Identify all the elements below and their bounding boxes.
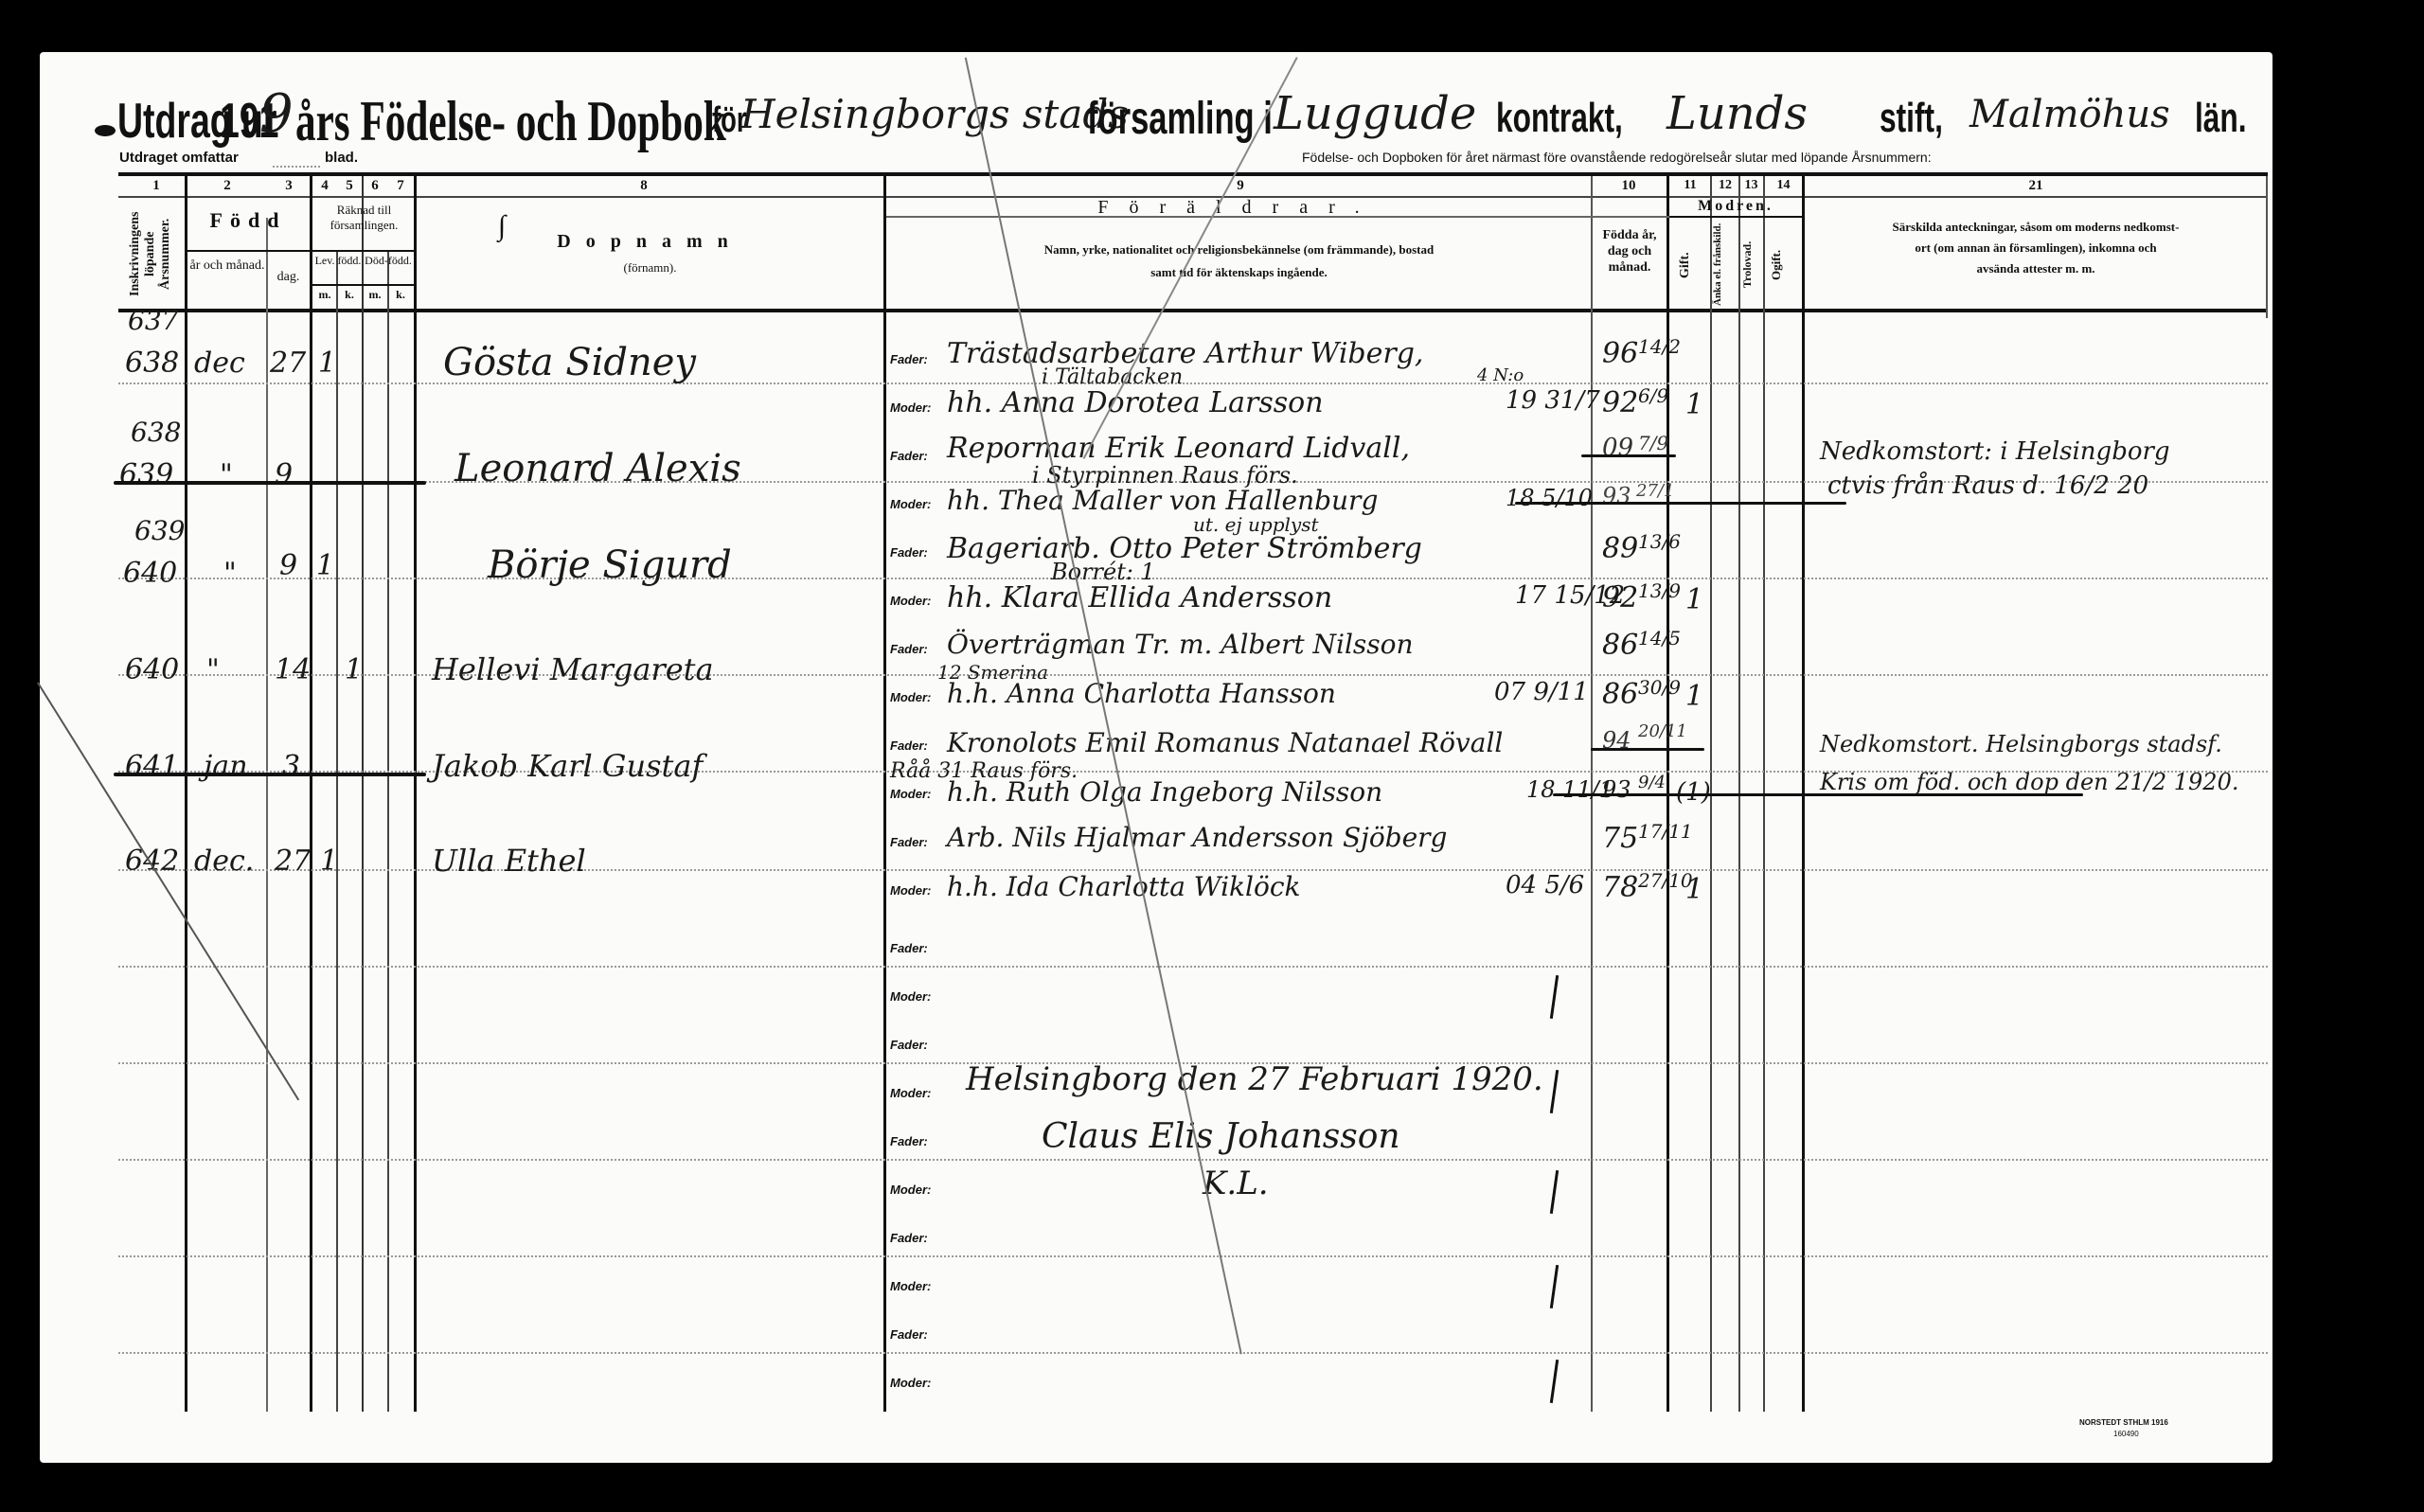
- row-guide: [118, 1352, 2268, 1354]
- entry-4-fader: Överträgman Tr. m. Albert Nilsson: [947, 629, 1414, 660]
- moder-label-9: Moder:: [890, 1183, 931, 1197]
- header-foraldrar: Föräldrar.: [886, 197, 1592, 219]
- entry-5-fader: Kronolots Emil Romanus Natanael Rövall: [947, 727, 1503, 758]
- header-anka: Änka el. frånskild.: [1712, 222, 1738, 307]
- col-rule-3: [310, 176, 312, 1412]
- entry-5-gift: (1): [1676, 778, 1711, 807]
- header-bottom-rule: [118, 309, 2268, 312]
- extract-note-right: Födelse- och Dopboken för året närmast f…: [1302, 150, 1932, 165]
- printer-mark-line2: 160490: [2113, 1430, 2139, 1438]
- entry-6-day: 27: [275, 845, 311, 878]
- entry-3-moder-born-dm: 13/9: [1638, 579, 1681, 602]
- extract-blank: [273, 166, 320, 168]
- row-guide: [118, 382, 2268, 384]
- header-brace-mark: ∫: [492, 210, 511, 242]
- entry-4-num: 640: [125, 653, 179, 686]
- moder-label-11: Moder:: [890, 1376, 931, 1390]
- colnum-14: 14: [1767, 178, 1800, 193]
- entry-6-fader-born: 75: [1602, 822, 1638, 855]
- signature-title: K.L.: [1203, 1165, 1269, 1202]
- entry-4-gift: 1: [1685, 680, 1703, 713]
- fodd-sub-rule: [187, 250, 310, 252]
- entry-6-moder-born: 78: [1602, 871, 1638, 904]
- entry-1-fader-born: 96: [1602, 337, 1638, 370]
- entry-2-fader-born: 09: [1602, 434, 1633, 462]
- entry-2-moder-strike: [1515, 502, 1846, 505]
- entry-1-name: Gösta Sidney: [443, 341, 696, 384]
- entry-2-num: 639: [119, 458, 173, 491]
- entry-5-num: 641: [125, 750, 179, 783]
- entry-1-moder-born-dm: 6/9: [1638, 384, 1668, 407]
- entry-1-moder-note: 4 N:o: [1477, 365, 1524, 385]
- contract-handwritten: Luggude: [1274, 87, 1476, 140]
- entry-6-moder: h.h. Ida Charlotta Wiklöck: [947, 871, 1300, 902]
- entry-6-moder-married: 04 5/6: [1506, 871, 1584, 899]
- entry-6-lev-m: 1: [320, 845, 338, 878]
- moder-label-3: Moder:: [890, 594, 931, 608]
- header-dopnamn-sub: (förnamn).: [417, 260, 883, 276]
- entry-2-strike: [114, 481, 426, 485]
- entry-5-month: jan: [204, 750, 248, 783]
- entry-3-fader-born-dm: 13/6: [1638, 530, 1681, 553]
- entry-5-moder-born-dm: 9/4: [1638, 773, 1666, 792]
- header-arsnummer: Inskrivningens löpande Årsnummer.: [128, 203, 185, 305]
- entry-5-fader-born-strike: [1591, 748, 1704, 751]
- colnum-7: 7: [389, 178, 412, 194]
- extract-note-left: Utdraget omfattar: [119, 150, 239, 166]
- contract-label: kontrakt,: [1496, 95, 1623, 142]
- header-dod-fodd: Död-född.: [364, 254, 413, 267]
- fader-label-1: Fader:: [890, 352, 928, 366]
- entry-3-gift: 1: [1685, 583, 1703, 616]
- colnum-11: 11: [1676, 178, 1704, 193]
- extract-note-blad: blad.: [325, 150, 358, 166]
- header-sarskilda-3: avsända attester m. m.: [1805, 261, 2267, 276]
- entry-1-day: 27: [270, 347, 306, 380]
- col-rule-4: [336, 252, 338, 1412]
- moder-label-4: Moder:: [890, 690, 931, 704]
- entry-5-fader-born-dm: 20/11: [1638, 721, 1687, 741]
- entry-4-month: ": [206, 653, 220, 686]
- entry-6-gift: 1: [1685, 873, 1703, 906]
- fader-label-4: Fader:: [890, 642, 928, 656]
- colnum-10: 10: [1610, 178, 1648, 194]
- header-sarskilda-1: Särskilda anteckningar, såsom om moderns…: [1805, 220, 2267, 235]
- title-year-handwritten: 9: [259, 83, 294, 145]
- entry-3-day: 9: [279, 549, 297, 582]
- moder-label-5: Moder:: [890, 787, 931, 801]
- col-rule-5: [362, 176, 364, 1412]
- header-foraldrar-sub2: samt tid för äktenskaps ingående.: [886, 265, 1592, 280]
- header-modren: Modren.: [1669, 198, 1802, 215]
- moder-label-1: Moder:: [890, 400, 931, 415]
- header-trolovad: Trolovad.: [1740, 222, 1763, 307]
- col-rule-2: [266, 218, 268, 1412]
- entry-4-fader-born-dm: 14/5: [1638, 627, 1681, 649]
- col-rule-6: [387, 252, 389, 1412]
- entry-3-moder-born: 92: [1602, 581, 1638, 614]
- entry-5-moder-married: 18 11/1: [1526, 776, 1613, 803]
- entry-2-note-2: ctvis från Raus d. 16/2 20: [1827, 471, 2148, 500]
- entry-4-fader-born: 86: [1602, 629, 1638, 662]
- entry-3-moder: hh. Klara Ellida Andersson: [947, 581, 1332, 614]
- header-fodd: Född: [187, 208, 310, 233]
- entry-4-moder: h.h. Anna Charlotta Hansson: [947, 678, 1336, 709]
- parish-handwritten: Helsingborgs stads: [740, 91, 1129, 137]
- col-rule-7: [414, 176, 417, 1412]
- title-main: års Födelse- och Dopbok: [295, 89, 726, 154]
- signature-place-date: Helsingborg den 27 Februari 1920.: [966, 1060, 1543, 1098]
- modren-sub-rule: [1669, 216, 1802, 218]
- entry-3-fader: Bageriarb. Otto Peter Strömberg: [947, 532, 1422, 565]
- county-handwritten: Malmöhus: [1969, 93, 2170, 136]
- fader-label-8: Fader:: [890, 1038, 928, 1052]
- entry-2-month: ": [220, 458, 233, 491]
- entry-5-day: 3: [282, 750, 300, 783]
- county-label: län.: [2195, 95, 2247, 142]
- entry-4-moder-born: 86: [1602, 678, 1638, 711]
- entry-3-month: ": [223, 557, 237, 590]
- mk-sub-rule: [312, 284, 414, 286]
- entry-1-gift: 1: [1685, 388, 1703, 421]
- entry-6-num: 642: [125, 845, 179, 878]
- entry-6-fader-born-dm: 17/11: [1638, 820, 1693, 843]
- header-lev-k: k.: [338, 288, 361, 302]
- header-lev-m: m.: [314, 288, 335, 302]
- entry-2-moder-born-dm: 27/1: [1636, 481, 1674, 501]
- entry-6-name: Ulla Ethel: [432, 843, 586, 879]
- entry-2-fader-born-strike: [1581, 454, 1676, 457]
- entry-2-moder-born: 93: [1602, 483, 1631, 509]
- table-top-rule: [118, 172, 2268, 176]
- entry-2-moder: hh. Thea Maller von Hallenburg: [947, 485, 1378, 516]
- moder-label-7: Moder:: [890, 989, 931, 1004]
- colnum-4: 4: [314, 178, 335, 194]
- entry-6-moder-born-dm: 27/10: [1638, 869, 1693, 892]
- fader-label-6: Fader:: [890, 835, 928, 849]
- col-rule-8: [883, 176, 886, 1412]
- header-fodda: Födda år, dag och månad.: [1594, 227, 1666, 276]
- colnum-13: 13: [1739, 178, 1763, 193]
- ink-blot: [95, 125, 116, 136]
- row-guide: [118, 1255, 2268, 1257]
- row-guide: [118, 578, 2268, 579]
- header-gift: Gift.: [1678, 237, 1706, 294]
- entry-6-fader: Arb. Nils Hjalmar Andersson Sjöberg: [947, 822, 1447, 853]
- header-raknad: Räknad till församlingen.: [314, 203, 414, 233]
- colnum-5: 5: [338, 178, 361, 194]
- colnum-3: 3: [275, 178, 303, 194]
- header-sarskilda-2: ort (om annan än församlingen), inkomna …: [1805, 240, 2267, 256]
- entry-1-month: dec: [194, 347, 245, 380]
- header-dod-k: k.: [389, 288, 412, 302]
- fader-label-2: Fader:: [890, 449, 928, 463]
- entry-6-month: dec.: [194, 845, 254, 878]
- row-guide: [118, 1159, 2268, 1161]
- entry-2-name: Leonard Alexis: [454, 447, 741, 490]
- entry-3-num: 640: [123, 557, 177, 590]
- colnum-2: 2: [208, 178, 246, 194]
- entry-2-fader: Reporman Erik Leonard Lidvall,: [947, 432, 1410, 465]
- entry-1-moder-married: 19 31/7: [1506, 386, 1600, 415]
- entry-1-fader-born-dm: 14/2: [1638, 335, 1681, 358]
- header-ogift: Ogift.: [1769, 237, 1800, 294]
- raknad-sub-rule: [312, 250, 414, 252]
- header-dod-m: m.: [364, 288, 386, 302]
- fader-label-5: Fader:: [890, 738, 928, 753]
- fader-label-9: Fader:: [890, 1134, 928, 1148]
- entry-4-lev-k: 1: [345, 653, 363, 686]
- printer-mark-line1: NORSTEDT STHLM 1916: [2079, 1418, 2168, 1427]
- parish-label: församling i: [1087, 93, 1273, 145]
- entry-5-strike: [114, 773, 426, 776]
- colnum-21: 21: [2017, 178, 2055, 194]
- colnum-1: 1: [128, 178, 185, 194]
- entry-5-moder-born: 93: [1602, 776, 1631, 803]
- col-rule-1: [185, 176, 187, 1412]
- entry-5-note: Nedkomstort. Helsingborgs stadsf.: [1820, 731, 2222, 757]
- entry-4-moder-born-dm: 30/9: [1638, 676, 1681, 699]
- header-dopnamn: Dopnamn: [417, 231, 883, 253]
- entry-3-name: Börje Sigurd: [488, 543, 732, 587]
- entry-1-num: 638: [125, 347, 179, 380]
- entry-4-moder-married: 07 9/11: [1494, 678, 1589, 706]
- entry-2-fader-born-dm: 7/9: [1638, 432, 1668, 454]
- diocese-label: stift,: [1880, 95, 1943, 142]
- colnum-12: 12: [1712, 178, 1738, 193]
- row-guide: [118, 966, 2268, 968]
- header-foraldrar-sub1: Namn, yrke, nationalitet och religionsbe…: [886, 242, 1592, 258]
- entry-2-day: 9: [275, 458, 293, 491]
- fader-label-7: Fader:: [890, 941, 928, 955]
- entry-3-num-old: 639: [134, 515, 185, 546]
- entry-4-name: Hellevi Margareta: [432, 651, 714, 687]
- signature-name: Claus Elis Johansson: [1042, 1117, 1400, 1156]
- fader-label-11: Fader:: [890, 1327, 928, 1342]
- moder-label-8: Moder:: [890, 1086, 931, 1100]
- entry-1-moder: hh. Anna Dorotea Larsson: [947, 386, 1324, 419]
- fader-label-10: Fader:: [890, 1231, 928, 1245]
- entry-1-lev-m: 1: [318, 347, 336, 380]
- entry-5-note-2: Kris om föd. och dop den 21/2 1920.: [1820, 769, 2238, 795]
- entry-1-moder-born: 92: [1602, 386, 1638, 419]
- moder-label-2: Moder:: [890, 497, 931, 511]
- entry-2-moder-married: 18 5/10: [1506, 485, 1593, 511]
- header-ar-manad: år och månad.: [189, 258, 265, 274]
- header-lev-fodd: Lev. född.: [314, 254, 362, 267]
- entry-2-num-old: 638: [131, 417, 181, 448]
- colnum-8: 8: [625, 178, 663, 194]
- diocese-handwritten: Lunds: [1666, 87, 1808, 140]
- colnum-6: 6: [364, 178, 386, 194]
- entry-5-moder: h.h. Ruth Olga Ingeborg Nilsson: [947, 776, 1382, 808]
- entry-3-lev-m: 1: [316, 549, 334, 582]
- entry-2-note: Nedkomstort: i Helsingborg: [1820, 437, 2170, 466]
- fader-label-3: Fader:: [890, 545, 928, 560]
- entry-1-fader: Trästadsarbetare Arthur Wiberg,: [947, 337, 1423, 370]
- entry-1-num-old: 637: [128, 305, 178, 336]
- moder-label-10: Moder:: [890, 1279, 931, 1293]
- entry-3-fader-born: 89: [1602, 532, 1638, 565]
- header-dag: dag.: [267, 270, 310, 285]
- entry-5-name: Jakob Karl Gustaf: [432, 748, 703, 784]
- moder-label-6: Moder:: [890, 883, 931, 898]
- entry-4-day: 14: [275, 653, 311, 686]
